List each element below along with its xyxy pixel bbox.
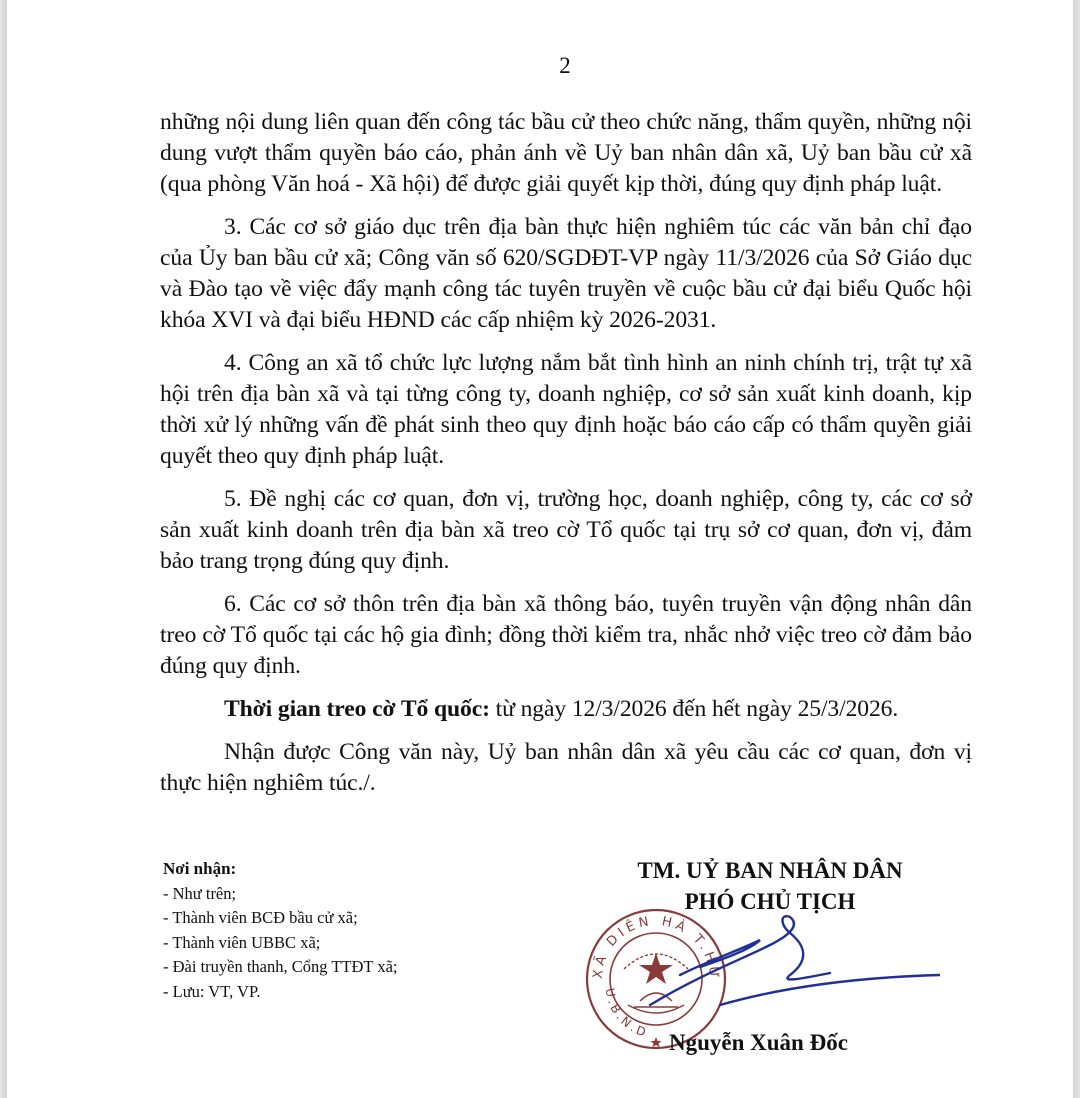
signer-name: Nguyễn Xuân Đốc [669, 1030, 848, 1056]
paragraph-item-6: 6. Các cơ sở thôn trên địa bàn xã thông … [160, 589, 972, 682]
closing-paragraph: Nhận được Công văn này, Uỷ ban nhân dân … [160, 737, 972, 799]
recipients-title: Nơi nhận: [163, 857, 397, 882]
viewer-left-edge [0, 0, 7, 1098]
recipient-item: - Như trên; [163, 882, 397, 907]
paragraph-continuation: những nội dung liên quan đến công tác bầ… [160, 107, 972, 200]
paragraph-item-5: 5. Đề nghị các cơ quan, đơn vị, trường h… [160, 484, 972, 577]
signing-organization: TM. UỶ BAN NHÂN DÂN [600, 855, 940, 886]
viewer-right-edge [1073, 0, 1080, 1098]
flag-period: Thời gian treo cờ Tổ quốc: từ ngày 12/3/… [160, 694, 972, 725]
recipient-item: - Thành viên UBBC xã; [163, 931, 397, 956]
page-number: 2 [0, 53, 1080, 79]
flag-period-label: Thời gian treo cờ Tổ quốc: [224, 696, 490, 722]
recipients-block: Nơi nhận: - Như trên; - Thành viên BCĐ b… [163, 857, 397, 1004]
handwritten-signature-icon [640, 905, 940, 1025]
recipient-item: - Đài truyền thanh, Cổng TTĐT xã; [163, 955, 397, 980]
paragraph-item-4: 4. Công an xã tổ chức lực lượng nắm bắt … [160, 348, 972, 472]
recipient-item: - Lưu: VT, VP. [163, 980, 397, 1005]
recipient-item: - Thành viên BCĐ bầu cử xã; [163, 906, 397, 931]
flag-period-text: từ ngày 12/3/2026 đến hết ngày 25/3/2026… [490, 696, 898, 722]
paragraph-item-3: 3. Các cơ sở giáo dục trên địa bàn thực … [160, 212, 972, 336]
document-body: những nội dung liên quan đến công tác bầ… [160, 107, 972, 811]
